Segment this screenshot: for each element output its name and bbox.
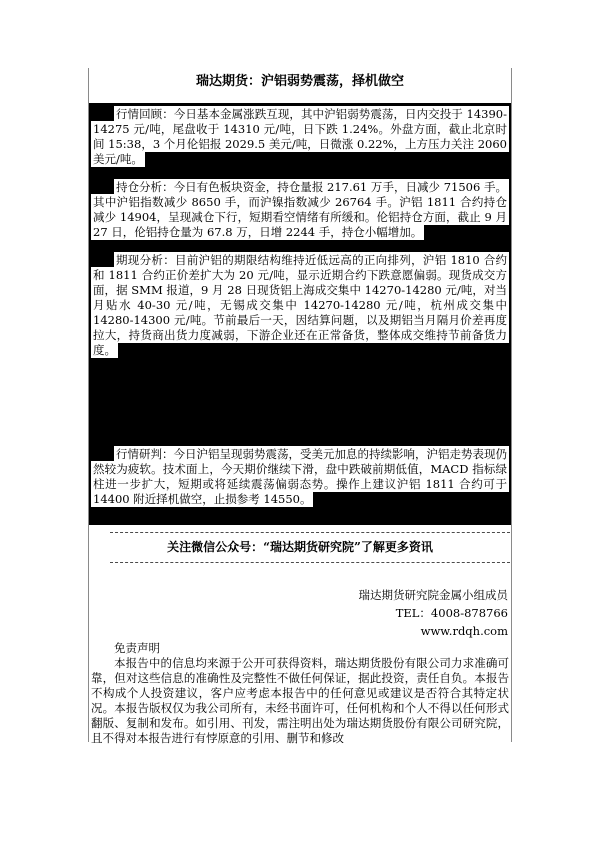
disclaimer-section: 免责声明 本报告中的信息均来源于公开可获得资料，瑞达期货股份有限公司力求准确可靠… xyxy=(89,641,511,746)
contact-block: 瑞达期货研究院金属小组成员 TEL：4008-878766 www.rdqh.c… xyxy=(89,586,511,640)
paragraph-market-outlook: 行情研判：今日沪铝呈现弱势震荡，受美元加息的持续影响，沪铝走势表现仍然较为疲软。… xyxy=(91,447,509,507)
paragraph-position-analysis-text: 持仓分析：今日有色板块资金，持仓量报 217.61 万手，日减少 71506 手… xyxy=(91,179,509,240)
disclaimer-body: 本报告中的信息均来源于公开可获得资料，瑞达期货股份有限公司力求准确可靠，但对这些… xyxy=(89,656,511,746)
paragraph-market-review: 行情回顾：今日基本金属涨跌互现，其中沪铝弱势震荡，日内交投于 14390-142… xyxy=(91,107,509,167)
paragraph-market-outlook-text: 行情研判：今日沪铝呈现弱势震荡，受美元加息的持续影响，沪铝走势表现仍然较为疲软。… xyxy=(91,446,509,507)
contact-team: 瑞达期货研究院金属小组成员 xyxy=(89,586,508,604)
paragraph-market-review-text: 行情回顾：今日基本金属涨跌互现，其中沪铝弱势震荡，日内交投于 14390-142… xyxy=(91,106,509,167)
dashed-divider-top xyxy=(110,532,510,533)
blacked-out-figure xyxy=(89,371,511,447)
wechat-notice: 关注微信公众号：“瑞达期货研究院”了解更多资讯 xyxy=(89,539,511,555)
report-title: 瑞达期货：沪铝弱势震荡，择机做空 xyxy=(89,74,511,90)
contact-website: www.rdqh.com xyxy=(89,622,508,640)
report-body-box: 瑞达期货：沪铝弱势震荡，择机做空 行情回顾：今日基本金属涨跌互现，其中沪铝弱势震… xyxy=(88,68,512,742)
disclaimer-title: 免责声明 xyxy=(89,641,511,656)
document-page: 瑞达期货：沪铝弱势震荡，择机做空 行情回顾：今日基本金属涨跌互现，其中沪铝弱势震… xyxy=(0,0,595,842)
contact-tel: TEL：4008-878766 xyxy=(89,604,508,622)
paragraph-position-analysis: 持仓分析：今日有色板块资金，持仓量报 217.61 万手，日减少 71506 手… xyxy=(91,180,509,240)
paragraph-spot-futures-analysis-text: 期现分析：目前沪铝的期限结构维持近低远高的正向排列，沪铝 1810 合约和 18… xyxy=(91,252,509,358)
highlighted-report-section: 行情回顾：今日基本金属涨跌互现，其中沪铝弱势震荡，日内交投于 14390-142… xyxy=(89,103,511,525)
dashed-divider-bottom xyxy=(110,562,510,563)
paragraph-spot-futures-analysis: 期现分析：目前沪铝的期限结构维持近低远高的正向排列，沪铝 1810 合约和 18… xyxy=(91,253,509,358)
